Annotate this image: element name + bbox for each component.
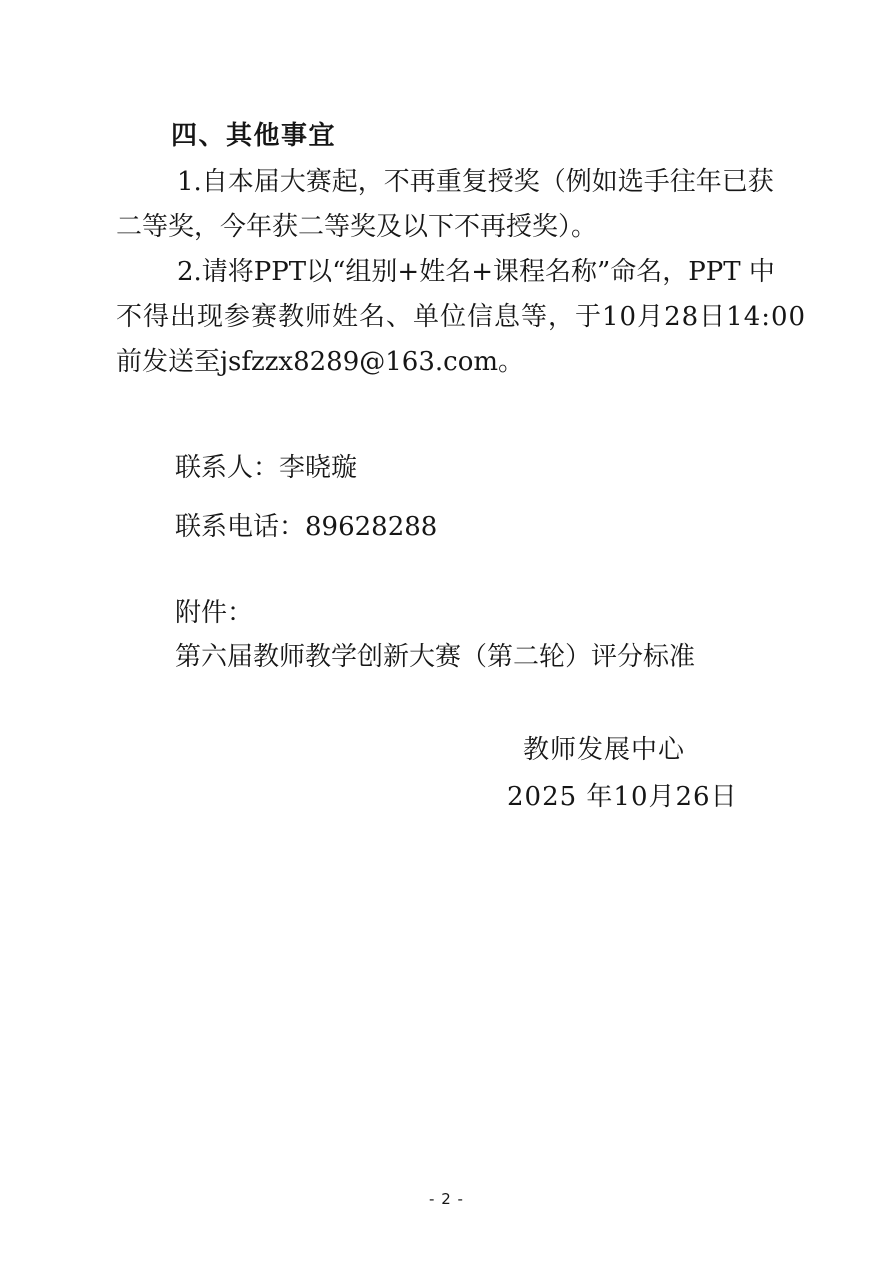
signature-date: 2025 年10月26日 — [507, 775, 738, 820]
paragraph-line-email: 前发送至jsfzzx8289@163.com。 — [116, 340, 782, 385]
attachment-title: 第六届教师教学创新大赛（第二轮）评分标准 — [175, 635, 695, 680]
paragraph-2: 2.请将PPT以“组别+姓名+课程名称”命名，PPT 中 不得出现参赛教师姓名、… — [116, 250, 782, 385]
document-page: 四、其他事宜 1.自本届大赛起，不再重复授奖（例如选手往年已获 二等奖，今年获二… — [0, 0, 893, 1263]
page-number: - 2 - — [0, 1190, 893, 1208]
paragraph-1: 1.自本届大赛起，不再重复授奖（例如选手往年已获 二等奖，今年获二等奖及以下不再… — [116, 160, 782, 250]
section-heading: 四、其他事宜 — [171, 114, 336, 159]
paragraph-line: 1.自本届大赛起，不再重复授奖（例如选手往年已获 — [116, 160, 782, 205]
signature-organization: 教师发展中心 — [523, 728, 685, 773]
paragraph-line: 二等奖，今年获二等奖及以下不再授奖）。 — [116, 205, 782, 250]
attachment-label: 附件： — [175, 591, 253, 636]
contact-phone: 联系电话：89628288 — [175, 505, 437, 550]
paragraph-line: 不得出现参赛教师姓名、单位信息等，于10月28日14:00 — [116, 295, 782, 340]
paragraph-line: 2.请将PPT以“组别+姓名+课程名称”命名，PPT 中 — [116, 250, 782, 295]
contact-person: 联系人：李晓璇 — [175, 446, 357, 491]
